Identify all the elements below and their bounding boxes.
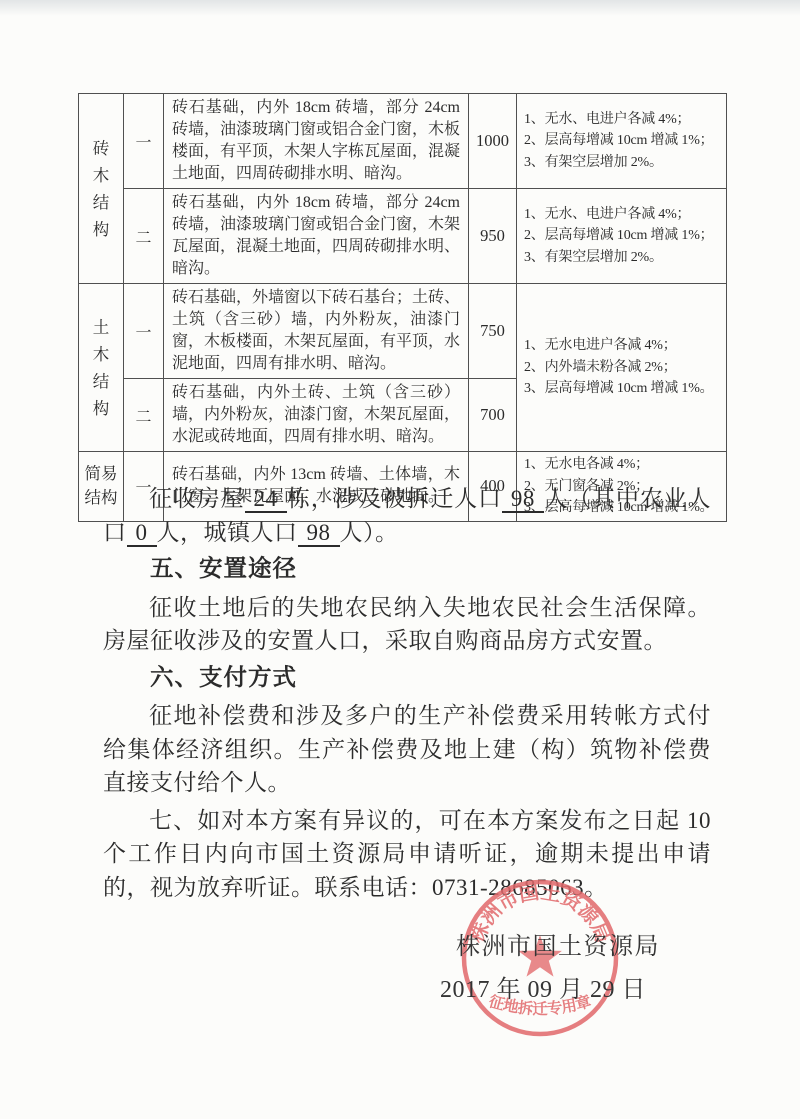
price-cell: 950 xyxy=(469,189,517,284)
scan-artifact xyxy=(0,0,800,16)
note-line: 1、无水、电进户各减 4%； xyxy=(524,109,721,131)
signature-agency: 株洲市国土资源局 xyxy=(456,926,660,961)
note-line: 3、有架空层增加 2%。 xyxy=(524,247,721,269)
note-line: 2、内外墙未粉各减 2%； xyxy=(524,357,721,379)
structure-cell: 砖木结构 xyxy=(79,94,124,284)
text-segment: 人，城镇人口 xyxy=(157,520,298,545)
structure-label: 砖木结构 xyxy=(92,135,110,243)
document-body: 征收房屋24栋，涉及被拆迁人口98人（其中农业人口0人，城镇人口98人）。 五、… xyxy=(103,482,711,908)
note-line: 1、无水电各减 4%； xyxy=(524,454,721,476)
notes-cell: 1、无水、电进户各减 4%； 2、层高每增减 10cm 增减 1%； 3、有架空… xyxy=(517,189,727,284)
paragraph-section-5: 征收土地后的失地农民纳入失地农民社会生活保障。房屋征收涉及的安置人口，采取自购商… xyxy=(103,591,711,658)
heading-section-5: 五、安置途径 xyxy=(103,553,711,587)
underlined-value-urban: 98 xyxy=(298,520,340,547)
notes-cell: 1、无水、电进户各减 4%； 2、层高每增减 10cm 增减 1%； 3、有架空… xyxy=(517,94,727,189)
note-line: 3、层高每增减 10cm 增减 1%。 xyxy=(524,378,721,400)
description-cell: 砖石基础，内外 18cm 砖墙，部分 24cm 砖墙，油漆玻璃门窗或铝合金门窗，… xyxy=(164,189,469,284)
grade-cell: 二 xyxy=(124,379,164,452)
price-cell: 1000 xyxy=(469,94,517,189)
note-line: 2、层高每增减 10cm 增减 1%； xyxy=(524,225,721,247)
note-line: 3、有架空层增加 2%。 xyxy=(524,152,721,174)
signature-date: 2017 年 09 月 29 日 xyxy=(440,969,646,1004)
underlined-value-houses: 24 xyxy=(245,486,287,513)
compensation-table: 砖木结构 一 砖石基础，内外 18cm 砖墙，部分 24cm 砖墙，油漆玻璃门窗… xyxy=(78,93,727,522)
structure-cell: 土木结构 xyxy=(79,284,124,452)
price-cell: 750 xyxy=(469,284,517,379)
underlined-value-population: 98 xyxy=(502,486,544,513)
note-line: 1、无水电进户各减 4%； xyxy=(524,335,721,357)
text-segment: 征收房屋 xyxy=(149,486,245,511)
table-row: 土木结构 一 砖石基础，外墙窗以下砖石基台；土砖、土筑（含三砂）墙，内外粉灰，油… xyxy=(79,284,727,379)
paragraph-house-count: 征收房屋24栋，涉及被拆迁人口98人（其中农业人口0人，城镇人口98人）。 xyxy=(103,482,711,549)
text-segment: 人）。 xyxy=(340,520,399,545)
note-line: 1、无水、电进户各减 4%； xyxy=(524,204,721,226)
scanned-document: 砖木结构 一 砖石基础，内外 18cm 砖墙，部分 24cm 砖墙，油漆玻璃门窗… xyxy=(0,0,800,1119)
description-cell: 砖石基础，内外土砖、土筑（含三砂）墙，内外粉灰，油漆门窗，木架瓦屋面，水泥或砖地… xyxy=(164,379,469,452)
grade-cell: 一 xyxy=(124,94,164,189)
table-row: 二 砖石基础，内外 18cm 砖墙，部分 24cm 砖墙，油漆玻璃门窗或铝合金门… xyxy=(79,189,727,284)
grade-cell: 二 xyxy=(124,189,164,284)
underlined-value-agricultural: 0 xyxy=(127,520,157,547)
grade-cell: 一 xyxy=(124,284,164,379)
table-row: 砖木结构 一 砖石基础，内外 18cm 砖墙，部分 24cm 砖墙，油漆玻璃门窗… xyxy=(79,94,727,189)
heading-section-6: 六、支付方式 xyxy=(103,662,711,696)
price-cell: 700 xyxy=(469,379,517,452)
structure-label: 土木结构 xyxy=(92,314,110,422)
note-line: 2、层高每增减 10cm 增减 1%； xyxy=(524,130,721,152)
description-cell: 砖石基础，内外 18cm 砖墙，部分 24cm 砖墙，油漆玻璃门窗或铝合金门窗，… xyxy=(164,94,469,189)
text-segment: 栋，涉及被拆迁人口 xyxy=(287,486,502,511)
notes-cell: 1、无水电进户各减 4%； 2、内外墙未粉各减 2%； 3、层高每增减 10cm… xyxy=(517,284,727,452)
paragraph-section-6: 征地补偿费和涉及多户的生产补偿费采用转帐方式付给集体经济组织。生产补偿费及地上建… xyxy=(103,699,711,800)
description-cell: 砖石基础，外墙窗以下砖石基台；土砖、土筑（含三砂）墙，内外粉灰，油漆门窗，木板楼… xyxy=(164,284,469,379)
